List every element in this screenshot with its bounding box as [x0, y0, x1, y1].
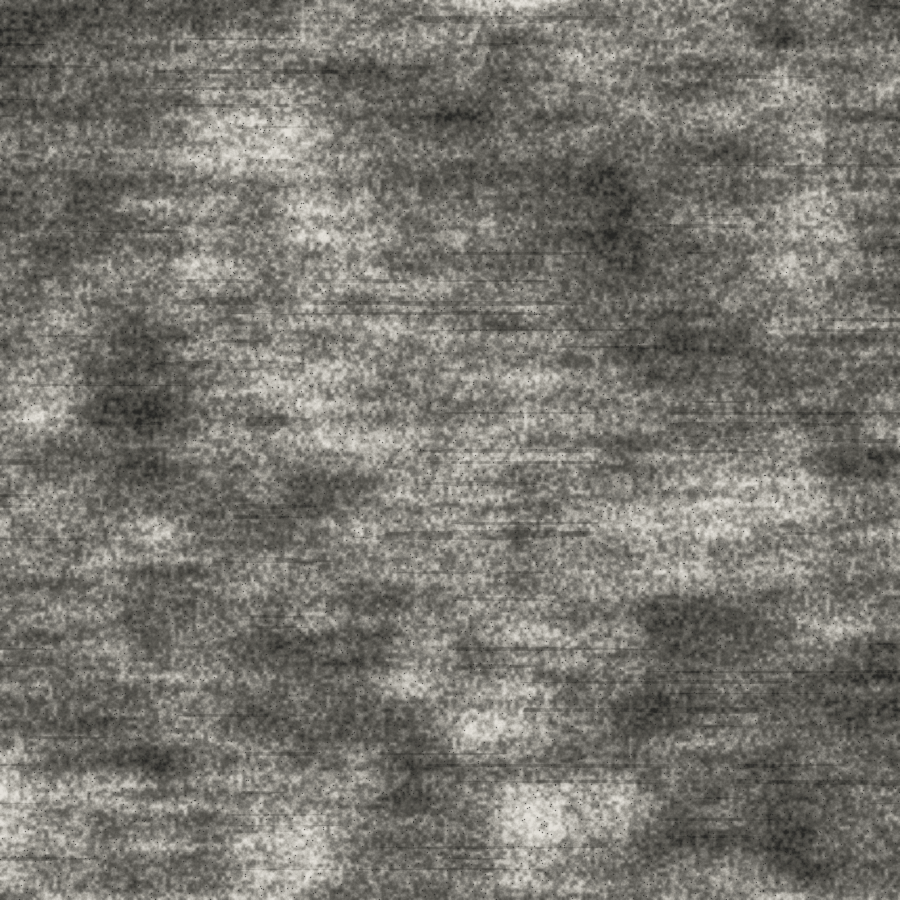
- rug-texture-image: [0, 0, 900, 900]
- rug-texture-canvas: [0, 0, 900, 900]
